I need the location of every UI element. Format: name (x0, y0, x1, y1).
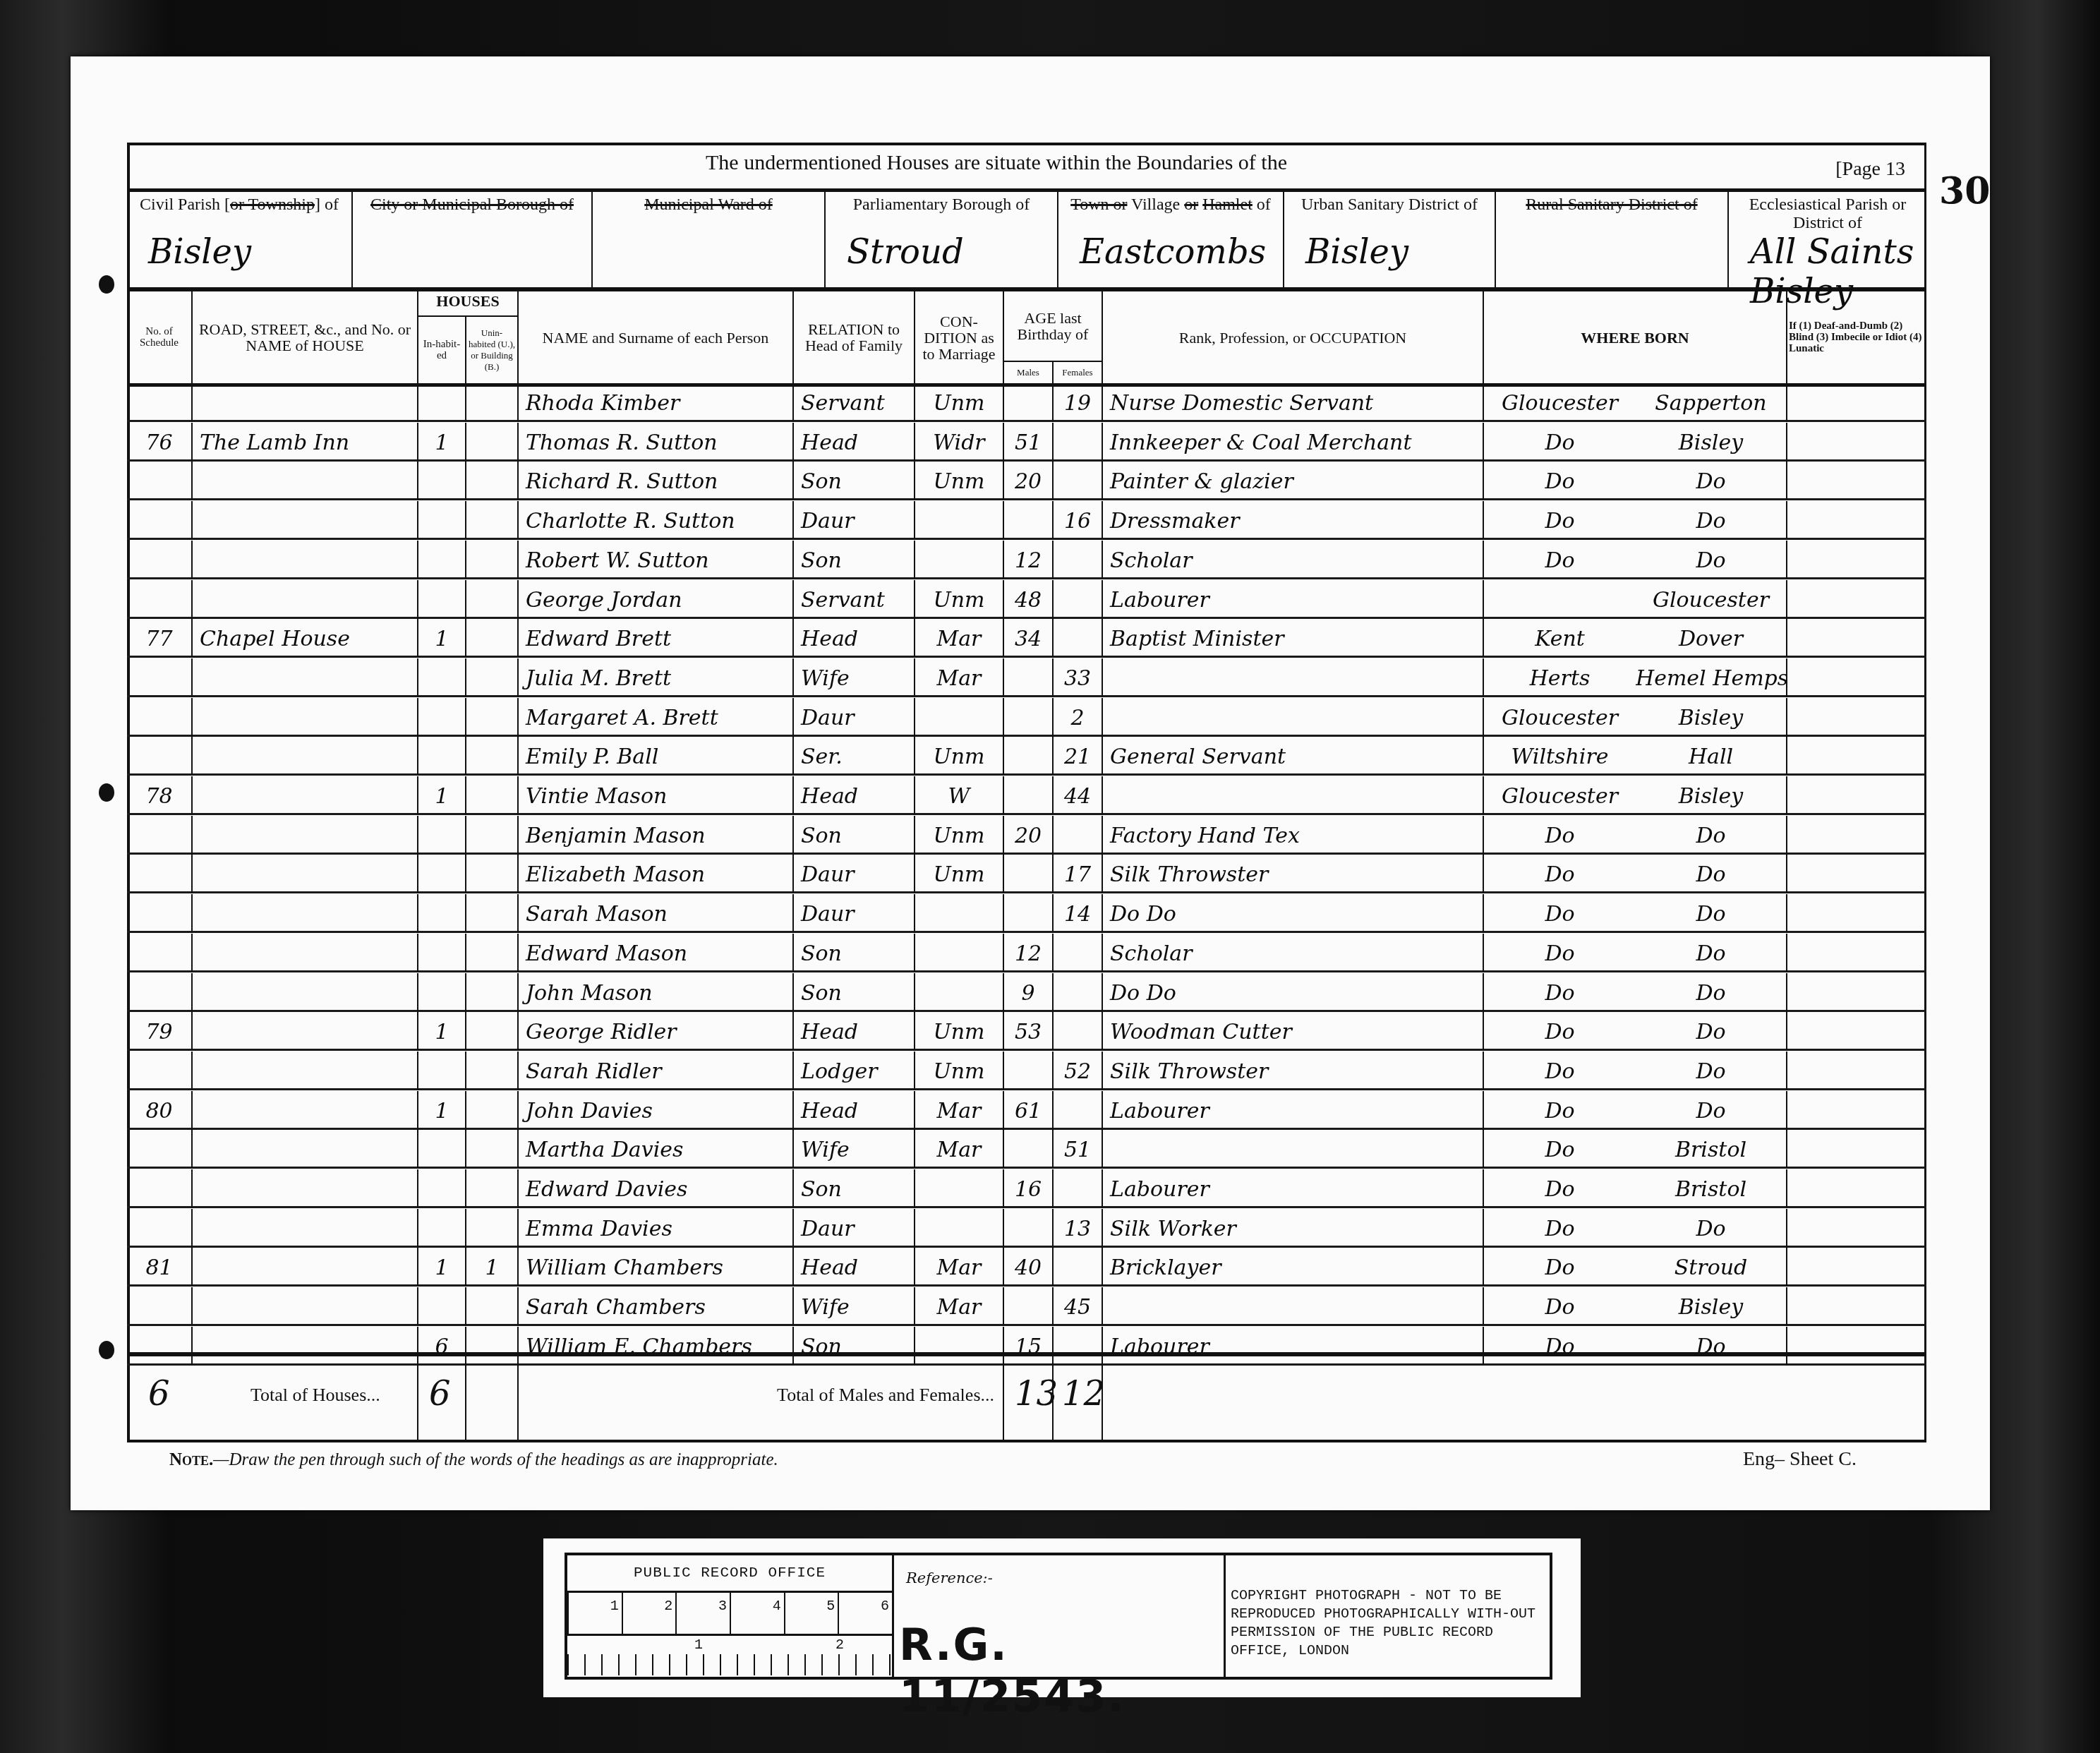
uninhabited (466, 619, 519, 658)
header-infirmity: If (1) Deaf-and-Dumb (2) Blind (3) Imbec… (1787, 291, 1926, 383)
boundary-label: Civil Parish [or Township] of (127, 195, 351, 214)
total-persons-cell: Total of Males and Females... (519, 1356, 1004, 1442)
boundary-urban-sanitary-district: Urban Sanitary District ofBisley (1284, 188, 1496, 287)
infirmity (1787, 737, 1926, 776)
age-female (1054, 973, 1103, 1012)
uninhabited (466, 894, 519, 933)
house-name (193, 1287, 418, 1326)
age-female (1054, 423, 1103, 462)
condition: Unm (915, 855, 1004, 893)
total-females: 12 (1062, 1374, 1105, 1414)
schedule-number: 81 (127, 1248, 193, 1287)
person-name: Robert W. Sutton (519, 541, 794, 579)
occupation: Labourer (1103, 1169, 1484, 1208)
table-row: Elizabeth MasonDaurUnm17Silk ThrowsterDo… (127, 855, 1926, 893)
table-row: George JordanServantUnm48LabourerGlouces… (127, 580, 1926, 619)
schedule-number (127, 1209, 193, 1248)
schedule-number (127, 658, 193, 697)
born-place: Do (1636, 816, 1787, 855)
house-name (193, 383, 418, 422)
sheet-label: Eng– Sheet C. (1743, 1448, 1857, 1471)
header-road: ROAD, STREET, &c., and No. or NAME of HO… (193, 291, 418, 383)
relation: Daur (794, 855, 915, 893)
occupation (1103, 658, 1484, 697)
table-row: Benjamin MasonSonUnm20Factory Hand TexDo… (127, 816, 1926, 855)
occupation (1103, 776, 1484, 815)
boundary-value: Stroud (847, 232, 964, 272)
occupation (1103, 1130, 1484, 1169)
boundary-village-hamlet: Town or Village or Hamlet ofEastcombs (1058, 188, 1284, 287)
age-male: 16 (1004, 1169, 1054, 1208)
born-place: Gloucester (1636, 580, 1787, 619)
relation: Daur (794, 894, 915, 933)
age-male (1004, 1287, 1054, 1326)
born-place: Do (1636, 855, 1787, 893)
occupation: Nurse Domestic Servant (1103, 383, 1484, 422)
total-houses-label: Total of Houses... (251, 1385, 380, 1406)
boundary-label: Ecclesiastical Parish or District of (1729, 195, 1926, 232)
boundary-municipal-ward: Municipal Ward of (593, 188, 826, 287)
age-female: 17 (1054, 855, 1103, 893)
scale-tick-label: 3 (675, 1593, 730, 1634)
house-name (193, 541, 418, 579)
relation: Son (794, 541, 915, 579)
relation: Head (794, 1248, 915, 1287)
uninhabited (466, 501, 519, 540)
age-male (1004, 1052, 1054, 1090)
age-female: 52 (1054, 1052, 1103, 1090)
uninhabited (466, 1209, 519, 1248)
scale-tick-label: 2 (622, 1593, 676, 1634)
boundary-label: Municipal Ward of (593, 195, 824, 214)
header-relation: RELATION to Head of Family (794, 291, 915, 383)
house-name (193, 855, 418, 893)
condition: Unm (915, 737, 1004, 776)
condition: Unm (915, 462, 1004, 500)
header-houses: HOUSES (418, 291, 519, 317)
age-male: 53 (1004, 1012, 1054, 1051)
total-males-cell: 13 (1004, 1356, 1054, 1442)
relation: Ser. (794, 737, 915, 776)
occupation: Do Do (1103, 973, 1484, 1012)
scale-tick-label: 1 (694, 1637, 703, 1653)
condition: Mar (915, 1248, 1004, 1287)
house-name (193, 1169, 418, 1208)
inhabited (418, 1169, 466, 1208)
person-name: George Jordan (519, 580, 794, 619)
born-place: Do (1636, 973, 1787, 1012)
infirmity (1787, 1130, 1926, 1169)
table-row: Julia M. BrettWifeMar33HertsHemel Hempst… (127, 658, 1926, 697)
relation: Head (794, 423, 915, 462)
occupation: Baptist Minister (1103, 619, 1484, 658)
record-office-stamp: PUBLIC RECORD OFFICE 123456 12 Reference… (543, 1538, 1581, 1697)
infirmity (1787, 1287, 1926, 1326)
born-place: Bisley (1636, 1287, 1787, 1326)
scale-tick-label: 1 (567, 1593, 622, 1634)
infirmity (1787, 776, 1926, 815)
occupation: Labourer (1103, 580, 1484, 619)
condition: Mar (915, 619, 1004, 658)
age-male (1004, 776, 1054, 815)
header-schedule: No. of Schedule (127, 291, 193, 383)
occupation: Painter & glazier (1103, 462, 1484, 500)
schedule-number (127, 698, 193, 737)
age-male: 40 (1004, 1248, 1054, 1287)
table-row: Rhoda KimberServantUnm19Nurse Domestic S… (127, 383, 1926, 422)
born-place: Do (1636, 541, 1787, 579)
born-place: Bisley (1636, 698, 1787, 737)
relation: Servant (794, 580, 915, 619)
scale-tick-label: 4 (730, 1593, 784, 1634)
inhabited (418, 462, 466, 500)
uninhabited (466, 541, 519, 579)
born-county: Wiltshire (1484, 737, 1636, 776)
person-name: Martha Davies (519, 1130, 794, 1169)
person-name: George Ridler (519, 1012, 794, 1051)
uninhabited (466, 855, 519, 893)
header-males: Males (1004, 362, 1054, 383)
relation: Wife (794, 1130, 915, 1169)
born-county: Do (1484, 1052, 1636, 1090)
infirmity (1787, 580, 1926, 619)
born-county: Do (1484, 462, 1636, 500)
occupation: Factory Hand Tex (1103, 816, 1484, 855)
uninhabited (466, 776, 519, 815)
born-county: Gloucester (1484, 698, 1636, 737)
total-schedules: 6 (148, 1374, 170, 1414)
schedule-number (127, 855, 193, 893)
infirmity (1787, 462, 1926, 500)
person-name: Edward Davies (519, 1169, 794, 1208)
born-county: Gloucester (1484, 383, 1636, 422)
relation: Daur (794, 1209, 915, 1248)
infirmity (1787, 501, 1926, 540)
age-male: 12 (1004, 934, 1054, 972)
schedule-number (127, 1052, 193, 1090)
header-occupation: Rank, Profession, or OCCUPATION (1103, 291, 1484, 383)
condition: Unm (915, 383, 1004, 422)
footnote: Note.—Draw the pen through such of the w… (169, 1450, 778, 1470)
age-female (1054, 816, 1103, 855)
born-county: Do (1484, 934, 1636, 972)
inhabited (418, 580, 466, 619)
scale-bar-bottom: 12 (567, 1634, 892, 1675)
age-female (1054, 1169, 1103, 1208)
person-name: Edward Brett (519, 619, 794, 658)
boundary-civil-parish: Civil Parish [or Township] ofBisley (127, 188, 353, 287)
schedule-number (127, 462, 193, 500)
condition: Unm (915, 1012, 1004, 1051)
uninhabited (466, 737, 519, 776)
person-name: Benjamin Mason (519, 816, 794, 855)
condition (915, 541, 1004, 579)
infirmity (1787, 541, 1926, 579)
infirmity (1787, 619, 1926, 658)
header-uninhabited: Unin-habited (U.), or Building (B.) (466, 317, 519, 383)
relation: Head (794, 619, 915, 658)
age-male: 51 (1004, 423, 1054, 462)
infirmity (1787, 855, 1926, 893)
relation: Son (794, 816, 915, 855)
person-name: Margaret A. Brett (519, 698, 794, 737)
age-female: 21 (1054, 737, 1103, 776)
person-name: Edward Mason (519, 934, 794, 972)
copyright-notice: COPYRIGHT PHOTOGRAPH - NOT TO BE REPRODU… (1231, 1587, 1541, 1661)
reference-number: R.G. 11/2543. (899, 1619, 1224, 1722)
condition (915, 894, 1004, 933)
uninhabited (466, 423, 519, 462)
table-row: Sarah RidlerLodgerUnm52Silk ThrowsterDoD… (127, 1052, 1926, 1090)
occupation: Scholar (1103, 541, 1484, 579)
uninhabited (466, 934, 519, 972)
age-male: 20 (1004, 816, 1054, 855)
table-row: John MasonSon9Do DoDoDo (127, 973, 1926, 1012)
schedule-number (127, 737, 193, 776)
age-female: 45 (1054, 1287, 1103, 1326)
person-name: Rhoda Kimber (519, 383, 794, 422)
scale-tick-label: 6 (838, 1593, 892, 1634)
age-female (1054, 1091, 1103, 1130)
age-male (1004, 383, 1054, 422)
table-row: Sarah ChambersWifeMar45DoBisley (127, 1287, 1926, 1326)
infirmity (1787, 1012, 1926, 1051)
age-female: 51 (1054, 1130, 1103, 1169)
house-name (193, 776, 418, 815)
age-female: 16 (1054, 501, 1103, 540)
inhabited (418, 934, 466, 972)
relation: Daur (794, 501, 915, 540)
table-row: Robert W. SuttonSon12ScholarDoDo (127, 541, 1926, 579)
person-name: Richard R. Sutton (519, 462, 794, 500)
born-county: Do (1484, 1130, 1636, 1169)
condition: Widr (915, 423, 1004, 462)
house-name (193, 580, 418, 619)
person-name: Thomas R. Sutton (519, 423, 794, 462)
uninhabited: 1 (466, 1248, 519, 1287)
header-inhabited: In-habit-ed (418, 317, 466, 383)
infirmity (1787, 1091, 1926, 1130)
age-female: 13 (1054, 1209, 1103, 1248)
inhabited (418, 1052, 466, 1090)
infirmity (1787, 383, 1926, 422)
condition (915, 934, 1004, 972)
table-row: Emily P. BallSer.Unm21General ServantWil… (127, 737, 1926, 776)
inhabited (418, 541, 466, 579)
born-county: Do (1484, 1248, 1636, 1287)
born-county: Herts (1484, 658, 1636, 697)
boundary-ecclesiastical-parish: Ecclesiastical Parish or District ofAll … (1729, 188, 1926, 287)
occupation (1103, 698, 1484, 737)
occupation: Labourer (1103, 1091, 1484, 1130)
uninhabited (466, 973, 519, 1012)
house-name (193, 698, 418, 737)
age-male: 20 (1004, 462, 1054, 500)
inhabited (418, 973, 466, 1012)
boundary-rural-sanitary-district: Rural Sanitary District of (1496, 188, 1729, 287)
header-females: Females (1054, 362, 1103, 383)
uninhabited (466, 462, 519, 500)
age-female: 44 (1054, 776, 1103, 815)
born-county: Do (1484, 423, 1636, 462)
born-county (1484, 580, 1636, 619)
age-female (1054, 1248, 1103, 1287)
reference-label: Reference:- (906, 1570, 993, 1586)
uninhabited (466, 1052, 519, 1090)
house-name: The Lamb Inn (193, 423, 418, 462)
table-row: 76The Lamb Inn1Thomas R. SuttonHeadWidr5… (127, 423, 1926, 462)
total-uninhabited-cell (466, 1356, 519, 1442)
boundaries-row: Civil Parish [or Township] ofBisleyCity … (127, 188, 1926, 291)
age-female: 33 (1054, 658, 1103, 697)
schedule-number (127, 894, 193, 933)
boundary-value: Bisley (1305, 232, 1408, 272)
inhabited: 1 (418, 776, 466, 815)
born-place: Do (1636, 462, 1787, 500)
born-county: Do (1484, 1012, 1636, 1051)
schedule-number (127, 934, 193, 972)
uninhabited (466, 383, 519, 422)
infirmity (1787, 894, 1926, 933)
condition (915, 1209, 1004, 1248)
house-name: Chapel House (193, 619, 418, 658)
occupation: Innkeeper & Coal Merchant (1103, 423, 1484, 462)
born-place: Bristol (1636, 1169, 1787, 1208)
total-houses: 6 (429, 1374, 451, 1414)
house-name (193, 658, 418, 697)
house-name (193, 1052, 418, 1090)
inhabited: 1 (418, 619, 466, 658)
condition (915, 1169, 1004, 1208)
infirmity (1787, 1052, 1926, 1090)
uninhabited (466, 816, 519, 855)
inhabited (418, 1209, 466, 1248)
infirmity (1787, 698, 1926, 737)
condition (915, 973, 1004, 1012)
boundary-municipal-borough: City or Municipal Borough of (353, 188, 593, 287)
house-name (193, 462, 418, 500)
scale-bar-top: 123456 (567, 1591, 892, 1636)
inhabited (418, 383, 466, 422)
inhabited (418, 1130, 466, 1169)
born-county: Do (1484, 1091, 1636, 1130)
relation: Head (794, 1012, 915, 1051)
totals-houses-cell: 6 Total of Houses... (127, 1356, 418, 1442)
boundary-label: City or Municipal Borough of (353, 195, 591, 214)
inhabited (418, 501, 466, 540)
inhabited (418, 894, 466, 933)
born-place: Bristol (1636, 1130, 1787, 1169)
total-females-cell: 12 (1054, 1356, 1103, 1442)
age-female (1054, 619, 1103, 658)
inhabited: 1 (418, 1091, 466, 1130)
age-male (1004, 1209, 1054, 1248)
column-headers: No. of Schedule ROAD, STREET, &c., and N… (127, 291, 1926, 387)
inhabited (418, 698, 466, 737)
age-female: 14 (1054, 894, 1103, 933)
infirmity (1787, 1209, 1926, 1248)
person-name: Sarah Chambers (519, 1287, 794, 1326)
schedule-number: 78 (127, 776, 193, 815)
relation: Wife (794, 658, 915, 697)
condition: Mar (915, 1091, 1004, 1130)
house-name (193, 501, 418, 540)
boundary-label: Rural Sanitary District of (1496, 195, 1727, 214)
age-female (1054, 580, 1103, 619)
person-name: Julia M. Brett (519, 658, 794, 697)
table-row: Edward MasonSon12ScholarDoDo (127, 934, 1926, 972)
inhabited (418, 658, 466, 697)
total-males: 13 (1015, 1374, 1058, 1414)
infirmity (1787, 1248, 1926, 1287)
born-place: Dover (1636, 619, 1787, 658)
condition: Unm (915, 1052, 1004, 1090)
table-row: 8111William ChambersHeadMar40BricklayerD… (127, 1248, 1926, 1287)
born-county: Do (1484, 541, 1636, 579)
person-name: Emily P. Ball (519, 737, 794, 776)
banner: The undermentioned Houses are situate wi… (127, 143, 1926, 192)
age-female (1054, 1012, 1103, 1051)
schedule-number (127, 816, 193, 855)
occupation: Dressmaker (1103, 501, 1484, 540)
infirmity (1787, 658, 1926, 697)
house-name (193, 816, 418, 855)
table-row: Edward DaviesSon16LabourerDoBristol (127, 1169, 1926, 1208)
inhabited: 1 (418, 423, 466, 462)
infirmity (1787, 1169, 1926, 1208)
age-male (1004, 855, 1054, 893)
table-row: Sarah MasonDaur14Do DoDoDo (127, 894, 1926, 933)
born-place: Hall (1636, 737, 1787, 776)
boundary-value: Bisley (148, 232, 251, 272)
age-female: 2 (1054, 698, 1103, 737)
occupation: Silk Worker (1103, 1209, 1484, 1248)
age-male: 48 (1004, 580, 1054, 619)
born-place: Do (1636, 1209, 1787, 1248)
schedule-number (127, 501, 193, 540)
house-name (193, 973, 418, 1012)
occupation: Silk Throwster (1103, 1052, 1484, 1090)
punch-hole (99, 275, 114, 294)
relation: Son (794, 1169, 915, 1208)
inhabited: 1 (418, 1248, 466, 1287)
table-row: Margaret A. BrettDaur2GloucesterBisley (127, 698, 1926, 737)
house-name (193, 1209, 418, 1248)
born-county: Gloucester (1484, 776, 1636, 815)
boundary-label: Parliamentary Borough of (826, 195, 1057, 214)
house-name (193, 737, 418, 776)
relation: Wife (794, 1287, 915, 1326)
condition: Unm (915, 816, 1004, 855)
born-county: Do (1484, 501, 1636, 540)
relation: Daur (794, 698, 915, 737)
person-name: John Mason (519, 973, 794, 1012)
infirmity (1787, 934, 1926, 972)
born-county: Do (1484, 1169, 1636, 1208)
person-name: Vintie Mason (519, 776, 794, 815)
born-place: Do (1636, 934, 1787, 972)
total-inhabited-cell: 6 (418, 1356, 466, 1442)
table-row: Charlotte R. SuttonDaur16DressmakerDoDo (127, 501, 1926, 540)
born-place: Do (1636, 501, 1787, 540)
condition (915, 698, 1004, 737)
schedule-number: 77 (127, 619, 193, 658)
table-row: 791George RidlerHeadUnm53Woodman CutterD… (127, 1012, 1926, 1051)
schedule-number (127, 383, 193, 422)
born-county: Do (1484, 1209, 1636, 1248)
condition: Mar (915, 1130, 1004, 1169)
condition: Mar (915, 1287, 1004, 1326)
